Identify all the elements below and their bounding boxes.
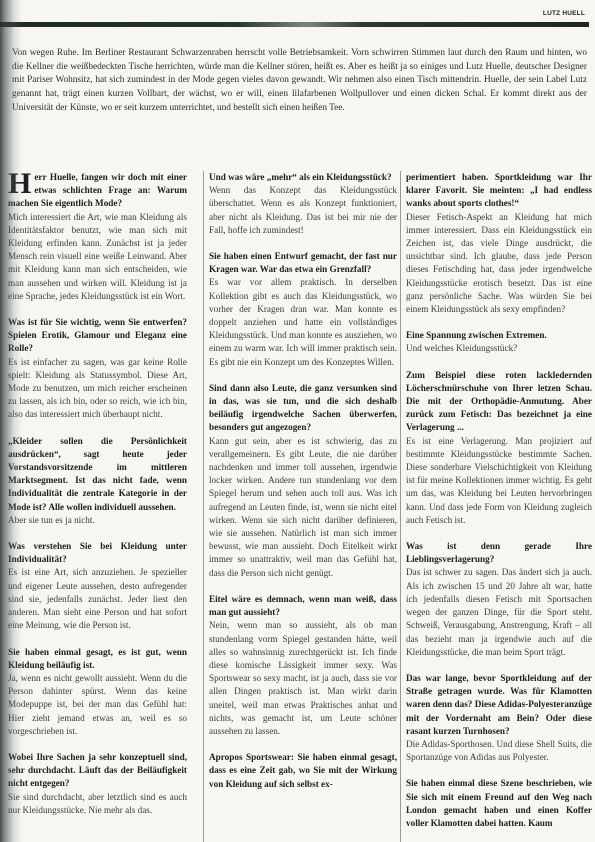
question: Wobei Ihre Sachen ja sehr konzeptuell si… [8,751,187,791]
qa-block: Wobei Ihre Sachen ja sehr konzeptuell si… [8,751,187,817]
answer: Es ist einfacher zu sagen, was gar keine… [8,356,187,422]
qa-block: Was ist denn gerade Ihre Lieblingsverlag… [406,540,592,659]
answer: Es ist eine Art, sich anzuziehen. Je spe… [8,566,187,632]
question: perimentiert haben. Sportkleidung war Ih… [406,171,592,211]
drop-cap: H [8,172,31,196]
qa-block: Sie haben einen Entwurf gemacht, der fas… [209,250,397,369]
question: Sie haben einen Entwurf gemacht, der fas… [209,250,397,276]
header-rule [0,22,589,27]
qa-block: Zum Beispiel diese roten lackledernden L… [406,369,592,527]
interview-columns: Herr Huelle, fangen wir doch mit einer e… [8,171,591,842]
qa-block: Sind dann also Leute, die ganz versunken… [209,382,397,580]
qa-block: Eitel wäre es demnach, wenn man weiß, da… [209,593,397,738]
question-text: err Huelle, fangen wir doch mit einer et… [8,172,187,208]
qa-block: Apropos Sportswear: Sie haben einmal ges… [209,751,397,791]
answer: Die Adidas-Sporthosen. Und diese Shell S… [406,738,592,764]
answer: Sie sind durchdacht, aber letztlich sind… [8,791,187,817]
column-2: Und was wäre „mehr“ als ein Kleidungsstü… [203,171,397,842]
question: Herr Huelle, fangen wir doch mit einer e… [8,171,187,211]
question: Was ist denn gerade Ihre Lieblingsverlag… [406,540,592,566]
question: „Kleider sollen die Persönlichkeit ausdr… [8,435,187,514]
question: Was verstehen Sie bei Kleidung unter Ind… [8,540,187,566]
question: Sie haben einmal gesagt, es ist gut, wen… [8,646,187,672]
answer: Es war vor allem praktisch. In derselben… [209,276,397,368]
qa-block: Was verstehen Sie bei Kleidung unter Ind… [8,540,187,632]
question: Was ist für Sie wichtig, wenn Sie entwer… [8,316,187,356]
answer: Das ist schwer zu sagen. Das ändert sich… [406,566,592,658]
question: Apropos Sportswear: Sie haben einmal ges… [209,751,397,791]
answer: Mich interessiert die Art, wie man Kleid… [8,211,187,303]
qa-block: „Kleider sollen die Persönlichkeit ausdr… [8,435,187,527]
qa-block: perimentiert haben. Sportkleidung war Ih… [406,171,592,316]
intro-paragraph: Von wegen Ruhe. Im Berliner Restaurant S… [12,47,587,115]
answer: Aber sie tun es ja nicht. [8,514,187,527]
answer: Es ist eine Verlagerung. Man projiziert … [406,435,592,527]
question: Das war lange, bevor Sportkleidung auf d… [406,672,592,738]
qa-block: Sie haben einmal diese Szene beschrieben… [406,777,592,830]
running-head: LUTZ HUELL [543,10,585,17]
qa-block: Was ist für Sie wichtig, wenn Sie entwer… [8,316,187,422]
question: Eitel wäre es demnach, wenn man weiß, da… [209,593,397,619]
question: Und was wäre „mehr“ als ein Kleidungsstü… [209,171,397,184]
qa-block: Sie haben einmal gesagt, es ist gut, wen… [8,646,187,738]
question: Sind dann also Leute, die ganz versunken… [209,382,397,435]
qa-block: Und was wäre „mehr“ als ein Kleidungsstü… [209,171,397,237]
column-1: Herr Huelle, fangen wir doch mit einer e… [8,171,187,842]
answer: Wenn das Konzept das Kleidungsstück über… [209,184,397,237]
answer: Ja, wenn es nicht gewollt aussieht. Wenn… [8,672,187,738]
qa-block: Das war lange, bevor Sportkleidung auf d… [406,672,592,764]
question: Zum Beispiel diese roten lackledernden L… [406,369,592,435]
question: Sie haben einmal diese Szene beschrieben… [406,777,592,830]
answer: Und welches Kleidungsstück? [406,342,592,355]
answer: Kann gut sein, aber es ist schwierig, da… [209,435,397,580]
qa-block: Herr Huelle, fangen wir doch mit einer e… [8,171,187,303]
answer: Dieser Fetisch-Aspekt an Kleidung hat mi… [406,211,592,317]
question: Eine Spannung zwischen Extremen. [406,329,592,342]
qa-block: Eine Spannung zwischen Extremen. Und wel… [406,329,592,355]
column-3: perimentiert haben. Sportkleidung war Ih… [400,171,592,842]
answer: Nein, wenn man so aussieht, als ob man s… [209,619,397,738]
